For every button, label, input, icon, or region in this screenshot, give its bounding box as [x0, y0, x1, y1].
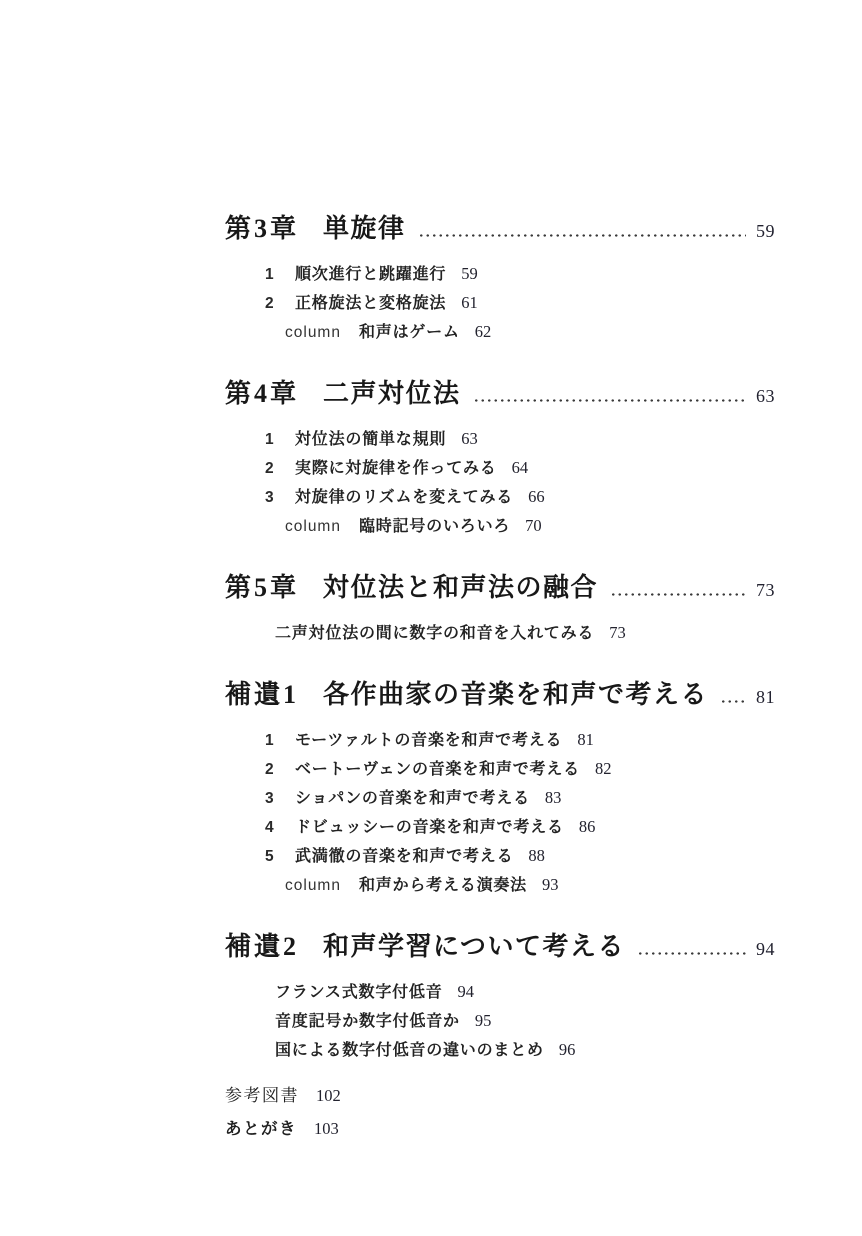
- entry-page-number: 73: [609, 622, 626, 644]
- backmatter-entry: あとがき103: [225, 1117, 775, 1141]
- backmatter: 参考図書102あとがき103: [225, 1084, 775, 1141]
- section-heading-row: 第4章二声対位法63: [225, 376, 775, 414]
- entry-page-number: 94: [458, 981, 475, 1003]
- section-title: 対位法と和声法の融合: [323, 570, 598, 606]
- entry-number: column: [285, 322, 341, 344]
- entry-page-number: 63: [461, 428, 478, 450]
- toc-entry: 2ベートーヴェンの音楽を和声で考える82: [265, 758, 775, 781]
- entry-page-number: 61: [461, 292, 478, 314]
- entry-label: 実際に対旋律を作ってみる: [295, 458, 497, 480]
- toc-entry: フランス式数字付低音94: [275, 981, 775, 1004]
- toc-entry: 3対旋律のリズムを変えてみる66: [265, 486, 775, 509]
- entry-label: 対位法の簡単な規則: [295, 429, 446, 451]
- section-heading-row: 第3章単旋律59: [225, 211, 775, 249]
- entry-number: 2: [265, 759, 295, 781]
- entry-page-number: 93: [542, 874, 559, 896]
- section-page-number: 94: [756, 931, 775, 967]
- toc-entry: 音度記号か数字付低音か95: [275, 1010, 775, 1033]
- entry-number: 1: [265, 264, 295, 286]
- toc-column-entry: column和声から考える演奏法93: [285, 874, 775, 897]
- section-heading-row: 第5章対位法と和声法の融合73: [225, 570, 775, 608]
- dot-leader: [610, 593, 746, 596]
- section-page-number: 73: [756, 572, 775, 608]
- backmatter-page-number: 103: [314, 1117, 339, 1141]
- toc-entry: 5武満徹の音楽を和声で考える88: [265, 845, 775, 868]
- dot-leader: [637, 952, 746, 955]
- section-heading-row: 補遺1各作曲家の音楽を和声で考える81: [225, 677, 775, 715]
- entry-number: 4: [265, 817, 295, 839]
- section-heading-row: 補遺2和声学習について考える94: [225, 929, 775, 967]
- entry-number: 3: [265, 788, 295, 810]
- entry-page-number: 64: [512, 457, 529, 479]
- toc-entry: 1順次進行と跳躍進行59: [265, 263, 775, 286]
- toc-column-entry: column臨時記号のいろいろ70: [285, 515, 775, 538]
- entry-number: 2: [265, 458, 295, 480]
- section-number: 第4章: [225, 376, 299, 412]
- dot-leader: [720, 700, 746, 703]
- dot-leader: [473, 399, 746, 402]
- entry-label: 武満徹の音楽を和声で考える: [295, 846, 513, 868]
- section-page-number: 63: [756, 378, 775, 414]
- entry-number: 2: [265, 293, 295, 315]
- entry-label: モーツァルトの音楽を和声で考える: [295, 730, 562, 752]
- entry-page-number: 82: [595, 758, 612, 780]
- entry-page-number: 81: [577, 729, 594, 751]
- entry-label: ベートーヴェンの音楽を和声で考える: [295, 759, 580, 781]
- entry-page-number: 62: [475, 321, 492, 343]
- dot-leader: [418, 234, 746, 237]
- entry-page-number: 59: [461, 263, 478, 285]
- entry-number: 3: [265, 487, 295, 509]
- entry-number: 1: [265, 730, 295, 752]
- entry-page-number: 96: [559, 1039, 576, 1061]
- entry-page-number: 83: [545, 787, 562, 809]
- section-page-number: 81: [756, 679, 775, 715]
- section-number: 第5章: [225, 570, 299, 606]
- entry-label: ドビュッシーの音楽を和声で考える: [295, 817, 564, 839]
- entry-label: 対旋律のリズムを変えてみる: [295, 487, 513, 509]
- toc-entry: 国による数字付低音の違いのまとめ96: [275, 1039, 775, 1062]
- entry-label: ショパンの音楽を和声で考える: [295, 788, 530, 810]
- section-title: 単旋律: [323, 211, 406, 247]
- toc-entry: 1対位法の簡単な規則63: [265, 428, 775, 451]
- section-number: 補遺1: [225, 677, 299, 713]
- toc-entry: 1モーツァルトの音楽を和声で考える81: [265, 729, 775, 752]
- entry-label: 和声から考える演奏法: [359, 875, 527, 897]
- section-number: 補遺2: [225, 929, 299, 965]
- toc-column-entry: column和声はゲーム62: [285, 321, 775, 344]
- toc-entry: 2正格旋法と変格旋法61: [265, 292, 775, 315]
- entry-label: 二声対位法の間に数字の和音を入れてみる: [275, 623, 594, 645]
- toc-entry: 4ドビュッシーの音楽を和声で考える86: [265, 816, 775, 839]
- entry-label: 音度記号か数字付低音か: [275, 1011, 460, 1033]
- entry-label: 臨時記号のいろいろ: [359, 516, 510, 538]
- toc-sections: 第3章単旋律591順次進行と跳躍進行592正格旋法と変格旋法61column和声…: [225, 211, 775, 1062]
- section-title: 和声学習について考える: [323, 929, 625, 965]
- toc-section: 補遺2和声学習について考える94フランス式数字付低音94音度記号か数字付低音か9…: [225, 929, 775, 1062]
- toc-entry: 2実際に対旋律を作ってみる64: [265, 457, 775, 480]
- entry-page-number: 95: [475, 1010, 492, 1032]
- entry-label: 順次進行と跳躍進行: [295, 264, 446, 286]
- backmatter-label: あとがき: [225, 1117, 297, 1141]
- toc-section: 第3章単旋律591順次進行と跳躍進行592正格旋法と変格旋法61column和声…: [225, 211, 775, 344]
- entry-number: 1: [265, 429, 295, 451]
- entry-page-number: 66: [528, 486, 545, 508]
- entry-number: column: [285, 516, 341, 538]
- entry-page-number: 88: [528, 845, 545, 867]
- entry-page-number: 86: [579, 816, 596, 838]
- entry-label: 和声はゲーム: [359, 322, 460, 344]
- toc-entry: 二声対位法の間に数字の和音を入れてみる73: [275, 622, 775, 645]
- backmatter-page-number: 102: [316, 1084, 341, 1108]
- entry-label: 国による数字付低音の違いのまとめ: [275, 1040, 544, 1062]
- section-title: 各作曲家の音楽を和声で考える: [323, 677, 708, 713]
- book-toc-page: 第3章単旋律591順次進行と跳躍進行592正格旋法と変格旋法61column和声…: [0, 0, 862, 1236]
- entry-page-number: 70: [525, 515, 542, 537]
- toc-section: 補遺1各作曲家の音楽を和声で考える811モーツァルトの音楽を和声で考える812ベ…: [225, 677, 775, 897]
- toc-section: 第4章二声対位法631対位法の簡単な規則632実際に対旋律を作ってみる643対旋…: [225, 376, 775, 538]
- entry-number: 5: [265, 846, 295, 868]
- entry-label: フランス式数字付低音: [275, 982, 443, 1004]
- backmatter-label: 参考図書: [225, 1084, 299, 1108]
- toc-section: 第5章対位法と和声法の融合73二声対位法の間に数字の和音を入れてみる73: [225, 570, 775, 645]
- backmatter-entry: 参考図書102: [225, 1084, 775, 1108]
- toc-entry: 3ショパンの音楽を和声で考える83: [265, 787, 775, 810]
- entry-number: column: [285, 875, 341, 897]
- entry-label: 正格旋法と変格旋法: [295, 293, 446, 315]
- section-title: 二声対位法: [323, 376, 461, 412]
- section-page-number: 59: [756, 213, 775, 249]
- section-number: 第3章: [225, 211, 299, 247]
- toc-content: 第3章単旋律591順次進行と跳躍進行592正格旋法と変格旋法61column和声…: [225, 211, 775, 1150]
